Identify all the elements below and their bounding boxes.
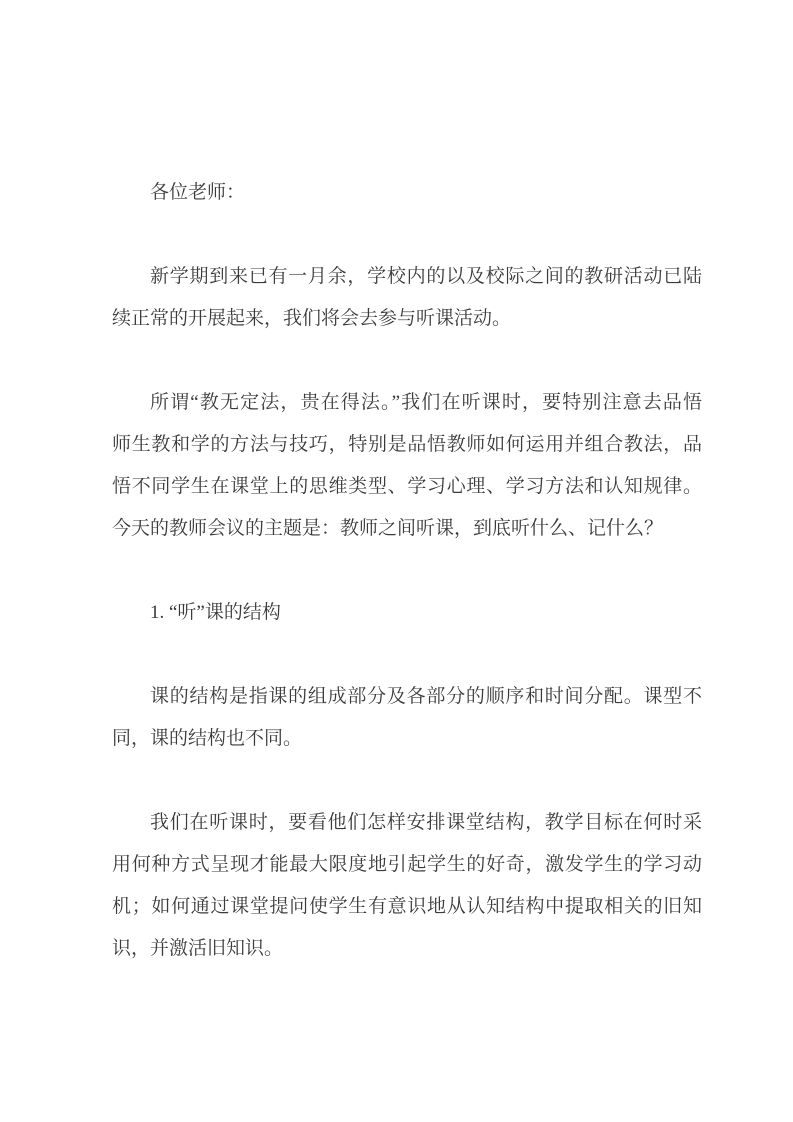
text-line: 1. “听”课的结构 [112, 592, 702, 634]
document-body: 各位老师：新学期到来已有一月余，学校内的以及校际之间的教研活动已陆续正常的开展起… [112, 172, 702, 970]
text-line: 所谓“教无定法，贵在得法。”我们在听课时，要特别注意去品悟 [112, 382, 702, 424]
text-line: 机；如何通过课堂提问使学生有意识地从认知结构中提取相关的旧知 [112, 886, 702, 928]
text-line: 各位老师： [112, 172, 702, 214]
body-paragraph: 我们在听课时，要看他们怎样安排课堂结构，教学目标在何时采用何种方式呈现才能最大限… [112, 802, 702, 970]
text-line: 我们在听课时，要看他们怎样安排课堂结构，教学目标在何时采 [112, 802, 702, 844]
body-paragraph: 所谓“教无定法，贵在得法。”我们在听课时，要特别注意去品悟师生教和学的方法与技巧… [112, 382, 702, 550]
document-page: 各位老师：新学期到来已有一月余，学校内的以及校际之间的教研活动已陆续正常的开展起… [0, 0, 793, 1122]
text-line: 用何种方式呈现才能最大限度地引起学生的好奇，激发学生的学习动 [112, 844, 702, 886]
text-line: 课的结构是指课的组成部分及各部分的顺序和时间分配。课型不 [112, 676, 702, 718]
text-line: 今天的教师会议的主题是：教师之间听课，到底听什么、记什么？ [112, 508, 702, 550]
salutation: 各位老师： [112, 172, 702, 214]
section-heading: 1. “听”课的结构 [112, 592, 702, 634]
text-line: 同，课的结构也不同。 [112, 718, 702, 760]
body-paragraph: 课的结构是指课的组成部分及各部分的顺序和时间分配。课型不同，课的结构也不同。 [112, 676, 702, 760]
text-line: 新学期到来已有一月余，学校内的以及校际之间的教研活动已陆 [112, 256, 702, 298]
text-line: 师生教和学的方法与技巧，特别是品悟教师如何运用并组合教法，品 [112, 424, 702, 466]
text-line: 悟不同学生在课堂上的思维类型、学习心理、学习方法和认知规律。 [112, 466, 702, 508]
body-paragraph: 新学期到来已有一月余，学校内的以及校际之间的教研活动已陆续正常的开展起来，我们将… [112, 256, 702, 340]
text-line: 识，并激活旧知识。 [112, 928, 702, 970]
text-line: 续正常的开展起来，我们将会去参与听课活动。 [112, 298, 702, 340]
